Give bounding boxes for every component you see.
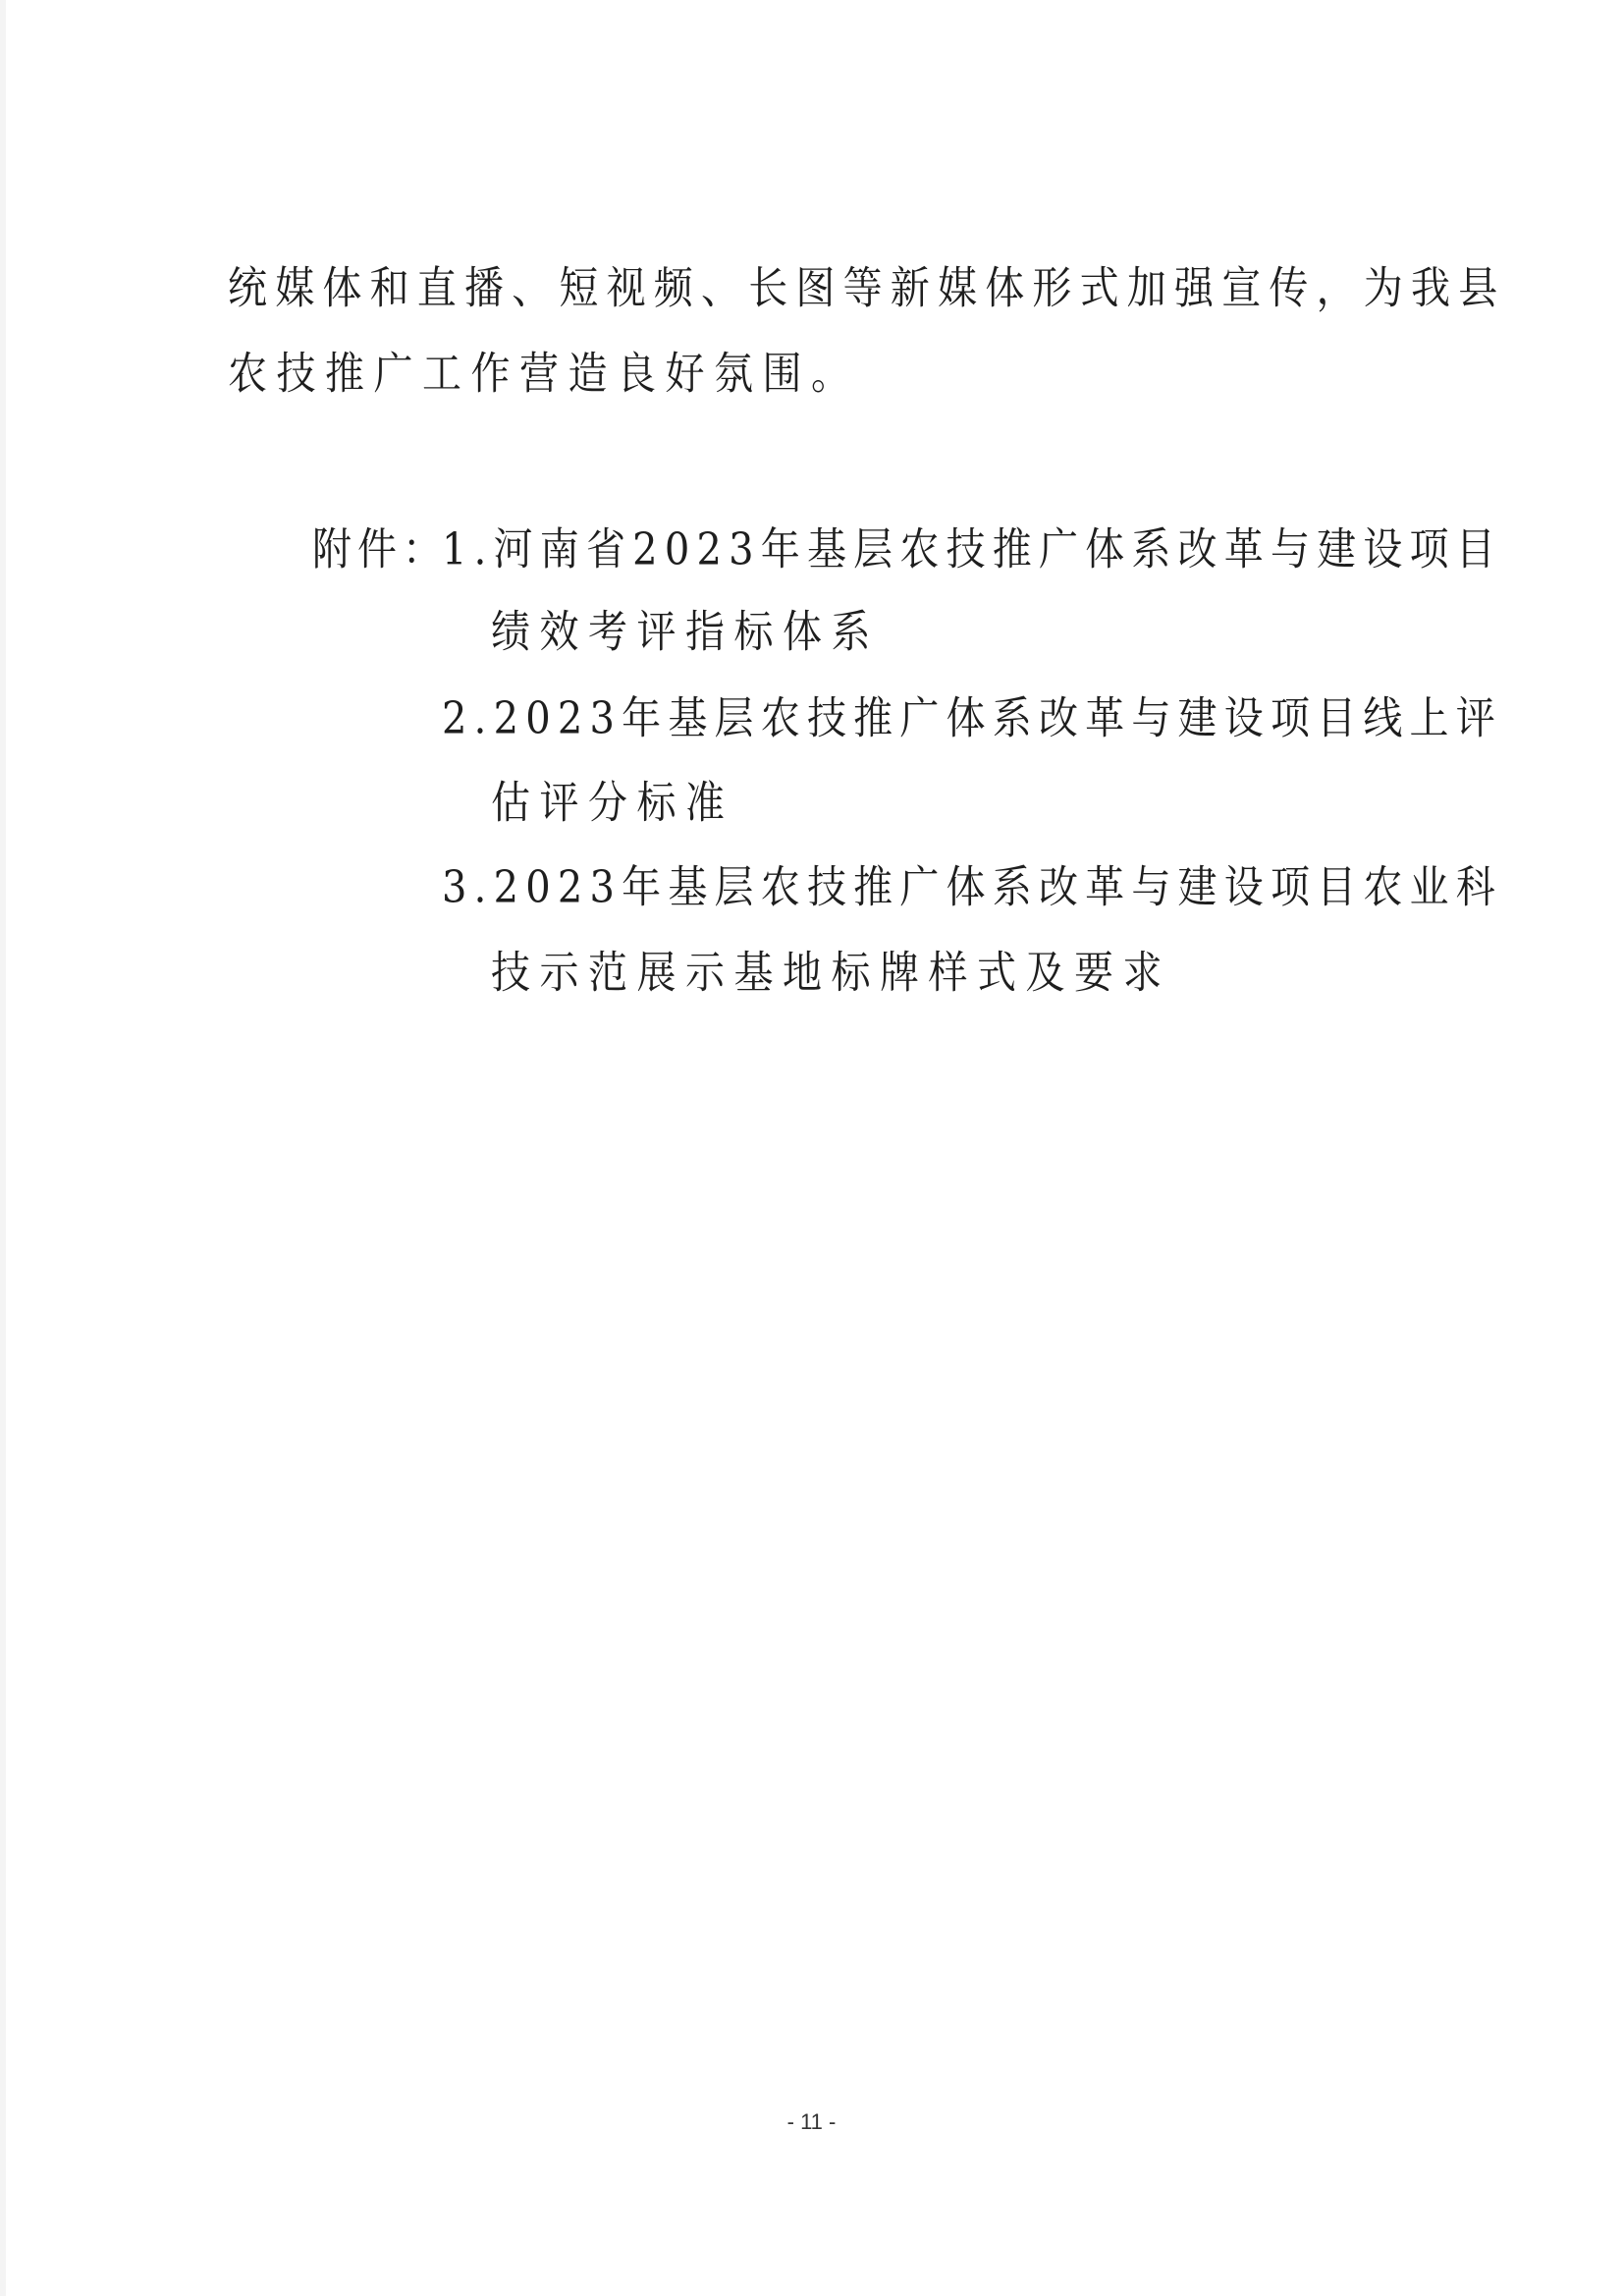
page-number: - 11 -: [0, 2109, 1623, 2135]
attachment-3-line-1: 3.2023年基层农技推广体系改革与建设项目农业科: [442, 852, 1502, 915]
attachments-label: 附件：: [312, 515, 448, 577]
paragraph-line-1: 统媒体和直播、短视频、长图等新媒体形式加强宣传，为我县: [228, 253, 1505, 316]
attachment-1-line-2: 绩效考评指标体系: [491, 597, 880, 660]
attachment-2-line-2: 估评分标准: [491, 768, 734, 831]
attachment-2-line-1: 2.2023年基层农技推广体系改革与建设项目线上评: [442, 683, 1502, 746]
attachment-3-line-2: 技示范展示基地标牌样式及要求: [491, 938, 1171, 1001]
paragraph-line-2: 农技推广工作营造良好氛围。: [228, 339, 860, 402]
attachment-1-line-1: 1.河南省2023年基层农技推广体系改革与建设项目: [442, 515, 1502, 577]
scan-edge: [0, 0, 6, 2296]
